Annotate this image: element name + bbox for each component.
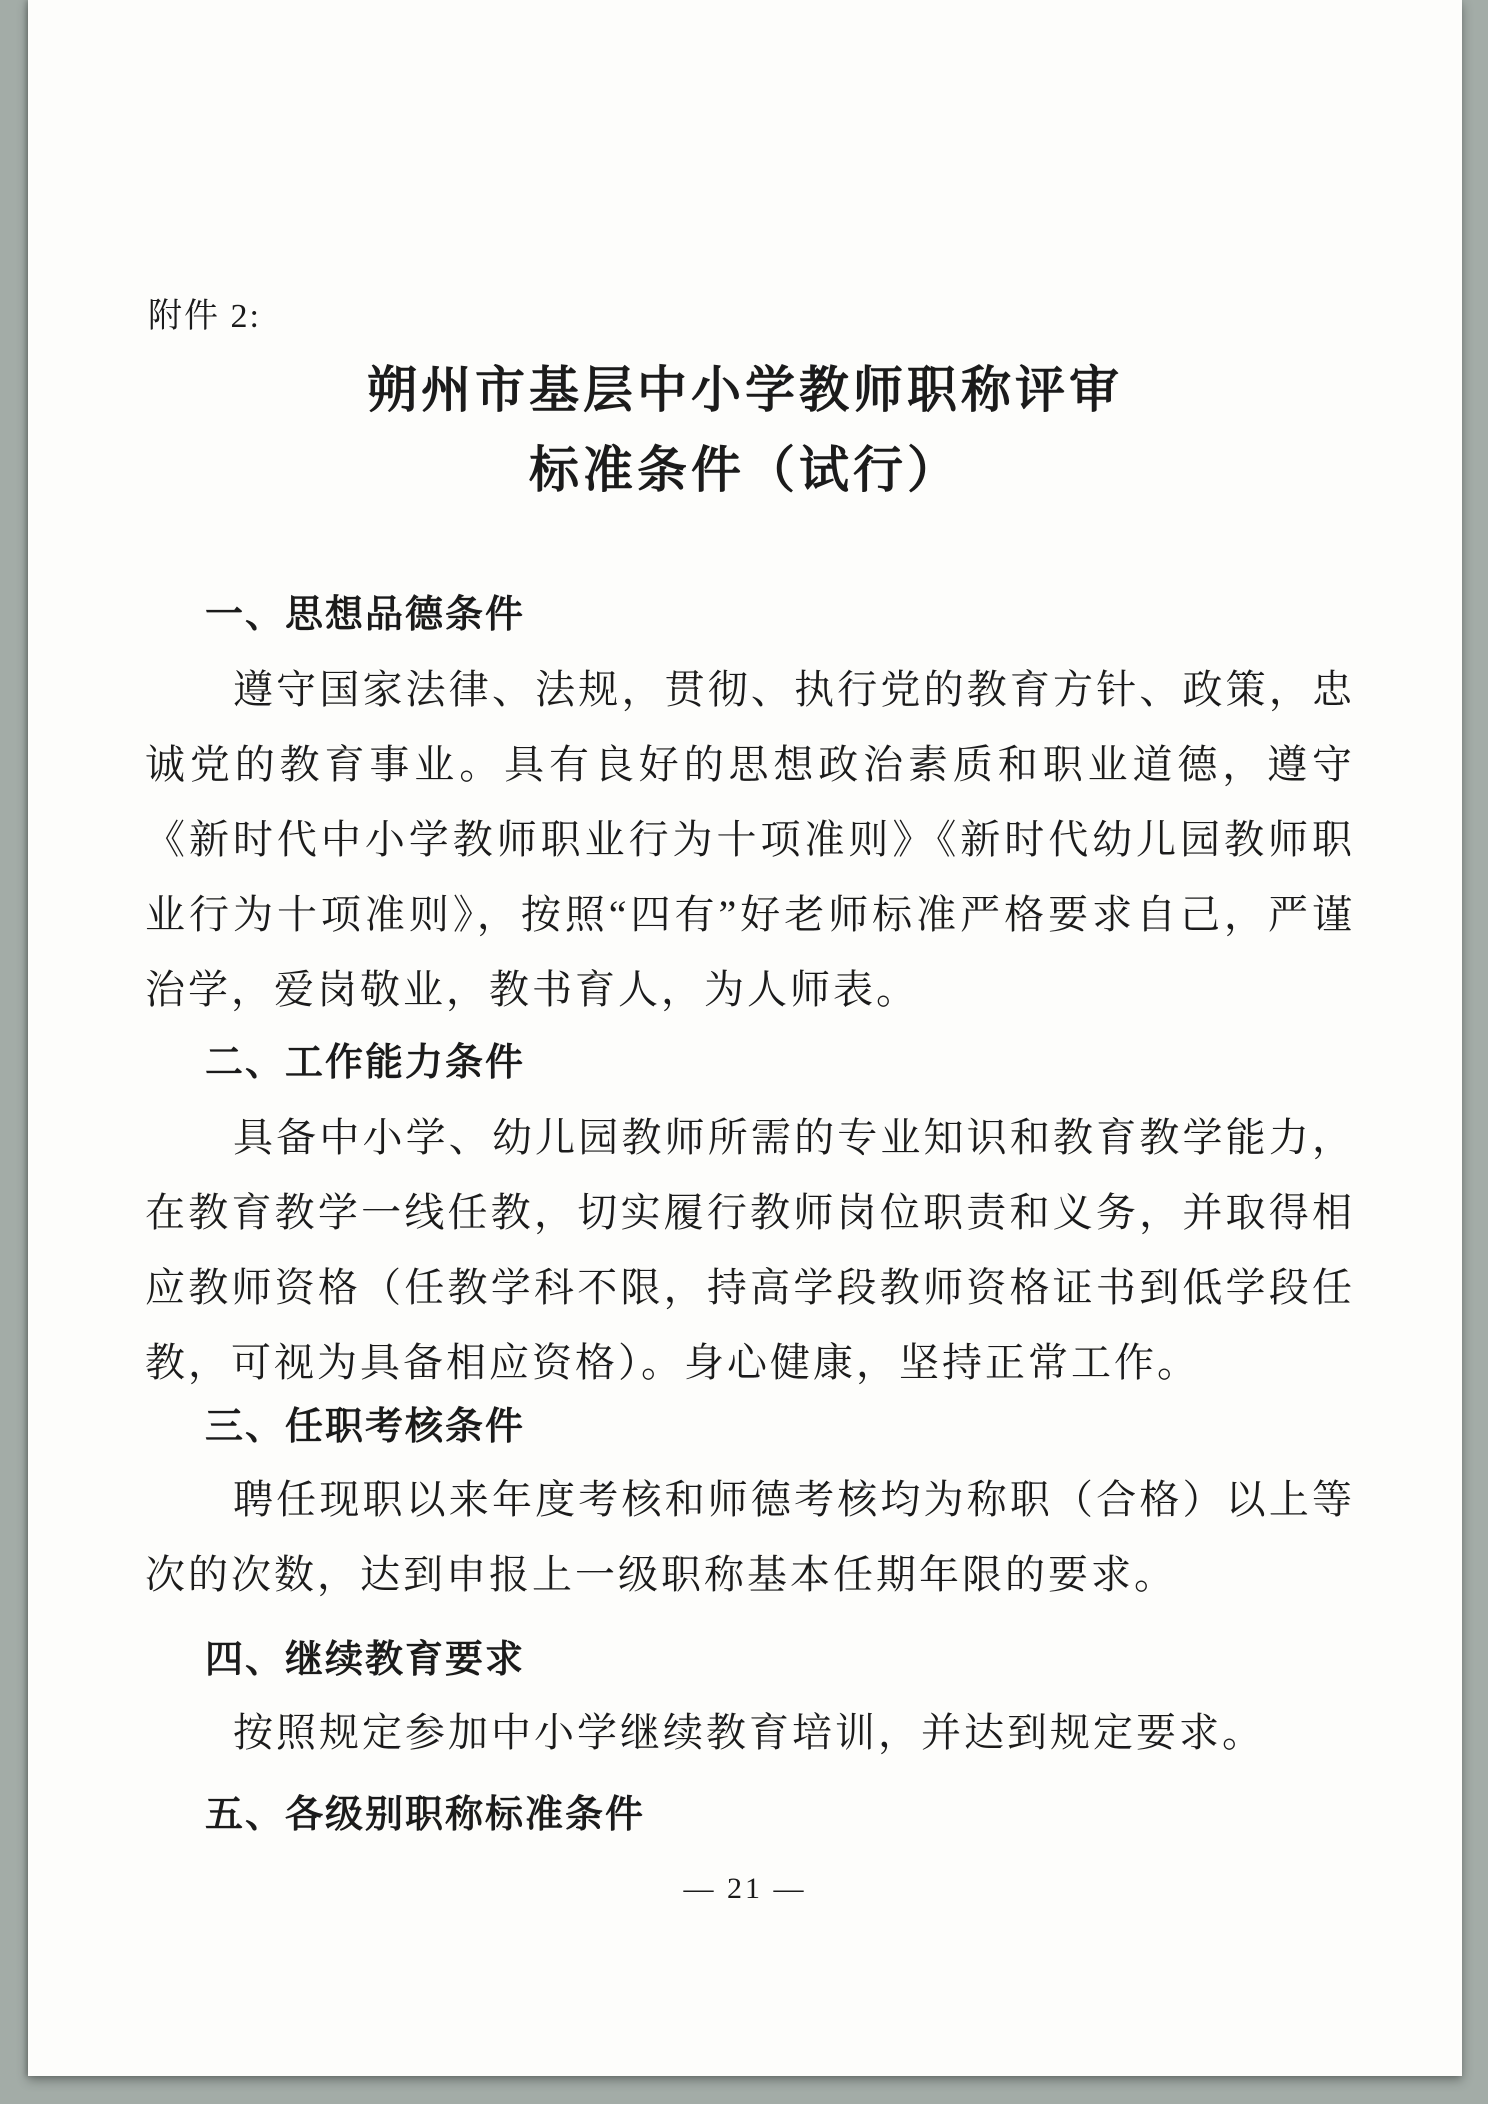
page-number: — 21 — — [28, 1872, 1462, 1906]
section-body-work-ability: 具备中小学、幼儿园教师所需的专业知识和教育教学能力，在教育教学一线任教，切实履行… — [145, 1100, 1355, 1400]
section-heading-work-ability: 二、工作能力条件 — [205, 1040, 525, 1086]
document-page: 附件 2: 朔州市基层中小学教师职称评审 标准条件（试行） 一、思想品德条件 遵… — [28, 0, 1462, 2076]
section-body-appraisal: 聘任现职以来年度考核和师德考核均为称职（合格）以上等次的次数，达到申报上一级职称… — [145, 1462, 1355, 1612]
section-body-ideology: 遵守国家法律、法规，贯彻、执行党的教育方针、政策，忠诚党的教育事业。具有良好的思… — [145, 652, 1355, 1027]
section-heading-appraisal: 三、任职考核条件 — [205, 1404, 525, 1450]
section-heading-ideology: 一、思想品德条件 — [205, 592, 525, 638]
document-title-line1: 朔州市基层中小学教师职称评审 — [28, 350, 1462, 430]
attachment-label: 附件 2: — [148, 288, 261, 337]
section-heading-continuing-education: 四、继续教育要求 — [205, 1637, 525, 1683]
document-title: 朔州市基层中小学教师职称评审 标准条件（试行） — [28, 350, 1462, 510]
section-heading-level-standards: 五、各级别职称标准条件 — [205, 1792, 645, 1838]
document-title-line2: 标准条件（试行） — [28, 430, 1462, 510]
section-body-continuing-education: 按照规定参加中小学继续教育培训，并达到规定要求。 — [145, 1695, 1355, 1770]
